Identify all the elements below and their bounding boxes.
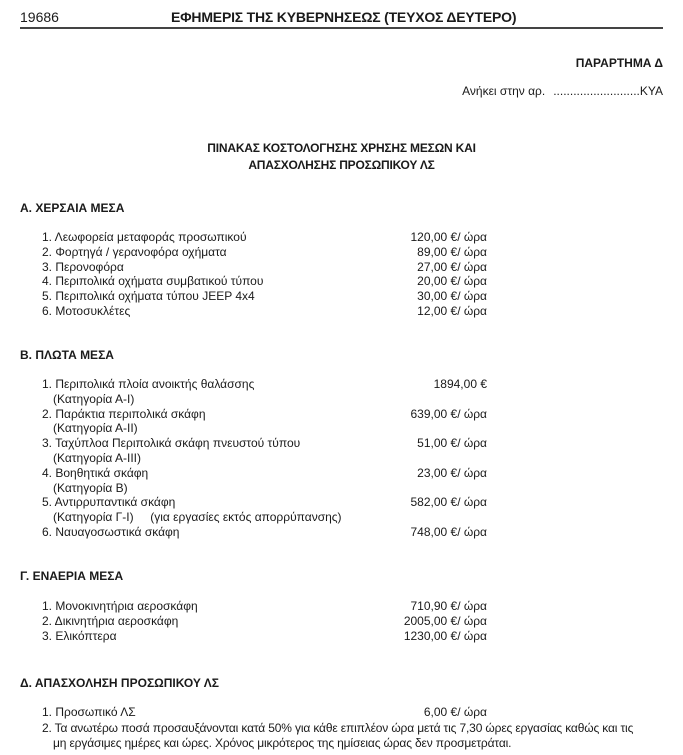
item-cost: 30,00 €/ ώρα — [417, 289, 487, 304]
item-cost: 12,00 €/ ώρα — [417, 304, 487, 319]
item-label: 2. Παράκτια περιπολικά σκάφη — [42, 407, 206, 421]
section-heading-sea: Β. ΠΛΩΤΑ ΜΕΣΑ — [20, 348, 114, 362]
header-rule — [20, 27, 663, 29]
list-item: 4. Περιπολικά οχήματα συμβατικού τύπου20… — [42, 274, 487, 289]
item-label: 2. Φορτηγά / γερανοφόρα οχήματα — [42, 245, 227, 259]
item-label: 6. Μοτοσυκλέτες — [42, 304, 130, 318]
list-item: 6. Μοτοσυκλέτες12,00 €/ ώρα — [42, 304, 487, 319]
item-category: (Κατηγορία Α-Ι) — [42, 392, 487, 407]
list-item: 4. Βοηθητικά σκάφη23,00 €/ ώρα — [42, 466, 487, 481]
item-cost: 89,00 €/ ώρα — [417, 245, 487, 260]
item-label: 6. Ναυαγοσωστικά σκάφη — [42, 525, 179, 539]
item-cost: 20,00 €/ ώρα — [417, 274, 487, 289]
item-cost: 51,00 €/ ώρα — [417, 436, 487, 451]
item-label: 4. Βοηθητικά σκάφη — [42, 466, 148, 480]
item-cost: 1230,00 €/ ώρα — [404, 629, 487, 644]
document-title: ΠΙΝΑΚΑΣ ΚΟΣΤΟΛΟΓΗΣΗΣ ΧΡΗΣΗΣ ΜΕΣΩΝ ΚΑΙ ΑΠ… — [0, 140, 683, 174]
list-item: 2. Φορτηγά / γερανοφόρα οχήματα89,00 €/ … — [42, 245, 487, 260]
item-category: (Κατηγορία Γ-Ι) (για εργασίες εκτός απορ… — [42, 510, 487, 525]
list-item: 5. Αντιρρυπαντικά σκάφη582,00 €/ ώρα — [42, 495, 487, 510]
item-label: 4. Περιπολικά οχήματα συμβατικού τύπου — [42, 274, 263, 288]
item-cost: 1894,00 € — [434, 377, 487, 392]
section-heading-air: Γ. ΕΝΑΕΡΙΑ ΜΕΣΑ — [20, 569, 123, 583]
annex-label: ΠΑΡΑΡΤΗΜΑ Δ — [576, 56, 663, 70]
belongs-blank: ..........................ΚΥΑ — [553, 84, 663, 98]
list-item: 6. Ναυαγοσωστικά σκάφη748,00 €/ ώρα — [42, 525, 487, 540]
item-label: 5. Αντιρρυπαντικά σκάφη — [42, 495, 175, 509]
list-item: 3. Περονοφόρα27,00 €/ ώρα — [42, 260, 487, 275]
list-item: 5. Περιπολικά οχήματα τύπου JEEP 4x430,0… — [42, 289, 487, 304]
item-label: 1. Περιπολικά πλοία ανοικτής θαλάσσης — [42, 377, 254, 391]
list-item: 1. Προσωπικό ΛΣ6,00 €/ ώρα — [42, 705, 487, 720]
item-cost: 639,00 €/ ώρα — [410, 407, 487, 422]
item-cost: 710,90 €/ ώρα — [410, 599, 487, 614]
item-label: 3. Περονοφόρα — [42, 260, 124, 274]
list-item: 1. Λεωφορεία μεταφοράς προσωπικού120,00 … — [42, 230, 487, 245]
land-items: 1. Λεωφορεία μεταφοράς προσωπικού120,00 … — [42, 230, 487, 319]
item-category: (Κατηγορία Β) — [42, 481, 487, 496]
item-label: 1. Μονοκινητήρια αεροσκάφη — [42, 599, 198, 613]
item-cost: 582,00 €/ ώρα — [410, 495, 487, 510]
item-label: 5. Περιπολικά οχήματα τύπου JEEP 4x4 — [42, 289, 255, 303]
item-label: 3. Ελικόπτερα — [42, 629, 117, 643]
note-line-1: 2. Τα ανωτέρω ποσά προσαυξάνονται κατά 5… — [42, 721, 682, 736]
belongs-label: Ανήκει στην αρ. — [462, 84, 545, 98]
item-cost: 23,00 €/ ώρα — [417, 466, 487, 481]
air-items: 1. Μονοκινητήρια αεροσκάφη710,90 €/ ώρα … — [42, 599, 487, 643]
personnel-items: 1. Προσωπικό ΛΣ6,00 €/ ώρα — [42, 705, 487, 720]
item-category: (Κατηγορία Α-ΙΙ) — [42, 421, 487, 436]
item-cost: 6,00 €/ ώρα — [424, 705, 487, 720]
surcharge-note: 2. Τα ανωτέρω ποσά προσαυξάνονται κατά 5… — [42, 721, 682, 751]
item-label: 3. Ταχύπλοα Περιπολικά σκάφη πνευστού τύ… — [42, 436, 300, 450]
item-cost: 27,00 €/ ώρα — [417, 260, 487, 275]
title-line-1: ΠΙΝΑΚΑΣ ΚΟΣΤΟΛΟΓΗΣΗΣ ΧΡΗΣΗΣ ΜΕΣΩΝ ΚΑΙ — [0, 140, 683, 157]
list-item: 2. Παράκτια περιπολικά σκάφη639,00 €/ ώρ… — [42, 407, 487, 422]
list-item: 3. Ελικόπτερα1230,00 €/ ώρα — [42, 629, 487, 644]
sea-items: 1. Περιπολικά πλοία ανοικτής θαλάσσης189… — [42, 377, 487, 540]
title-line-2: ΑΠΑΣΧΟΛΗΣΗΣ ΠΡΟΣΩΠΙΚΟΥ ΛΣ — [0, 157, 683, 174]
item-label: 1. Λεωφορεία μεταφοράς προσωπικού — [42, 230, 247, 244]
item-cost: 748,00 €/ ώρα — [410, 525, 487, 540]
section-heading-personnel: Δ. ΑΠΑΣΧΟΛΗΣΗ ΠΡΟΣΩΠΙΚΟΥ ΛΣ — [20, 676, 219, 690]
item-cost: 120,00 €/ ώρα — [410, 230, 487, 245]
page-number: 19686 — [20, 9, 59, 25]
section-heading-land: Α. ΧΕΡΣΑΙΑ ΜΕΣΑ — [20, 201, 124, 215]
item-label: 1. Προσωπικό ΛΣ — [42, 705, 136, 719]
note-line-2: μη εργάσιμες ημέρες και ώρες. Χρόνος μικ… — [42, 736, 682, 751]
list-item: 1. Μονοκινητήρια αεροσκάφη710,90 €/ ώρα — [42, 599, 487, 614]
list-item: 2. Δικινητήρια αεροσκάφη2005,00 €/ ώρα — [42, 614, 487, 629]
list-item: 3. Ταχύπλοα Περιπολικά σκάφη πνευστού τύ… — [42, 436, 487, 451]
item-cost: 2005,00 €/ ώρα — [404, 614, 487, 629]
journal-title: ΕΦΗΜΕΡΙΣ ΤΗΣ ΚΥΒΕΡΝΗΣΕΩΣ (ΤΕΥΧΟΣ ΔΕΥΤΕΡΟ… — [171, 9, 516, 25]
belongs-to-line: Ανήκει στην αρ..........................… — [462, 84, 663, 98]
item-category: (Κατηγορία Α-ΙΙΙ) — [42, 451, 487, 466]
item-label: 2. Δικινητήρια αεροσκάφη — [42, 614, 178, 628]
list-item: 1. Περιπολικά πλοία ανοικτής θαλάσσης189… — [42, 377, 487, 392]
